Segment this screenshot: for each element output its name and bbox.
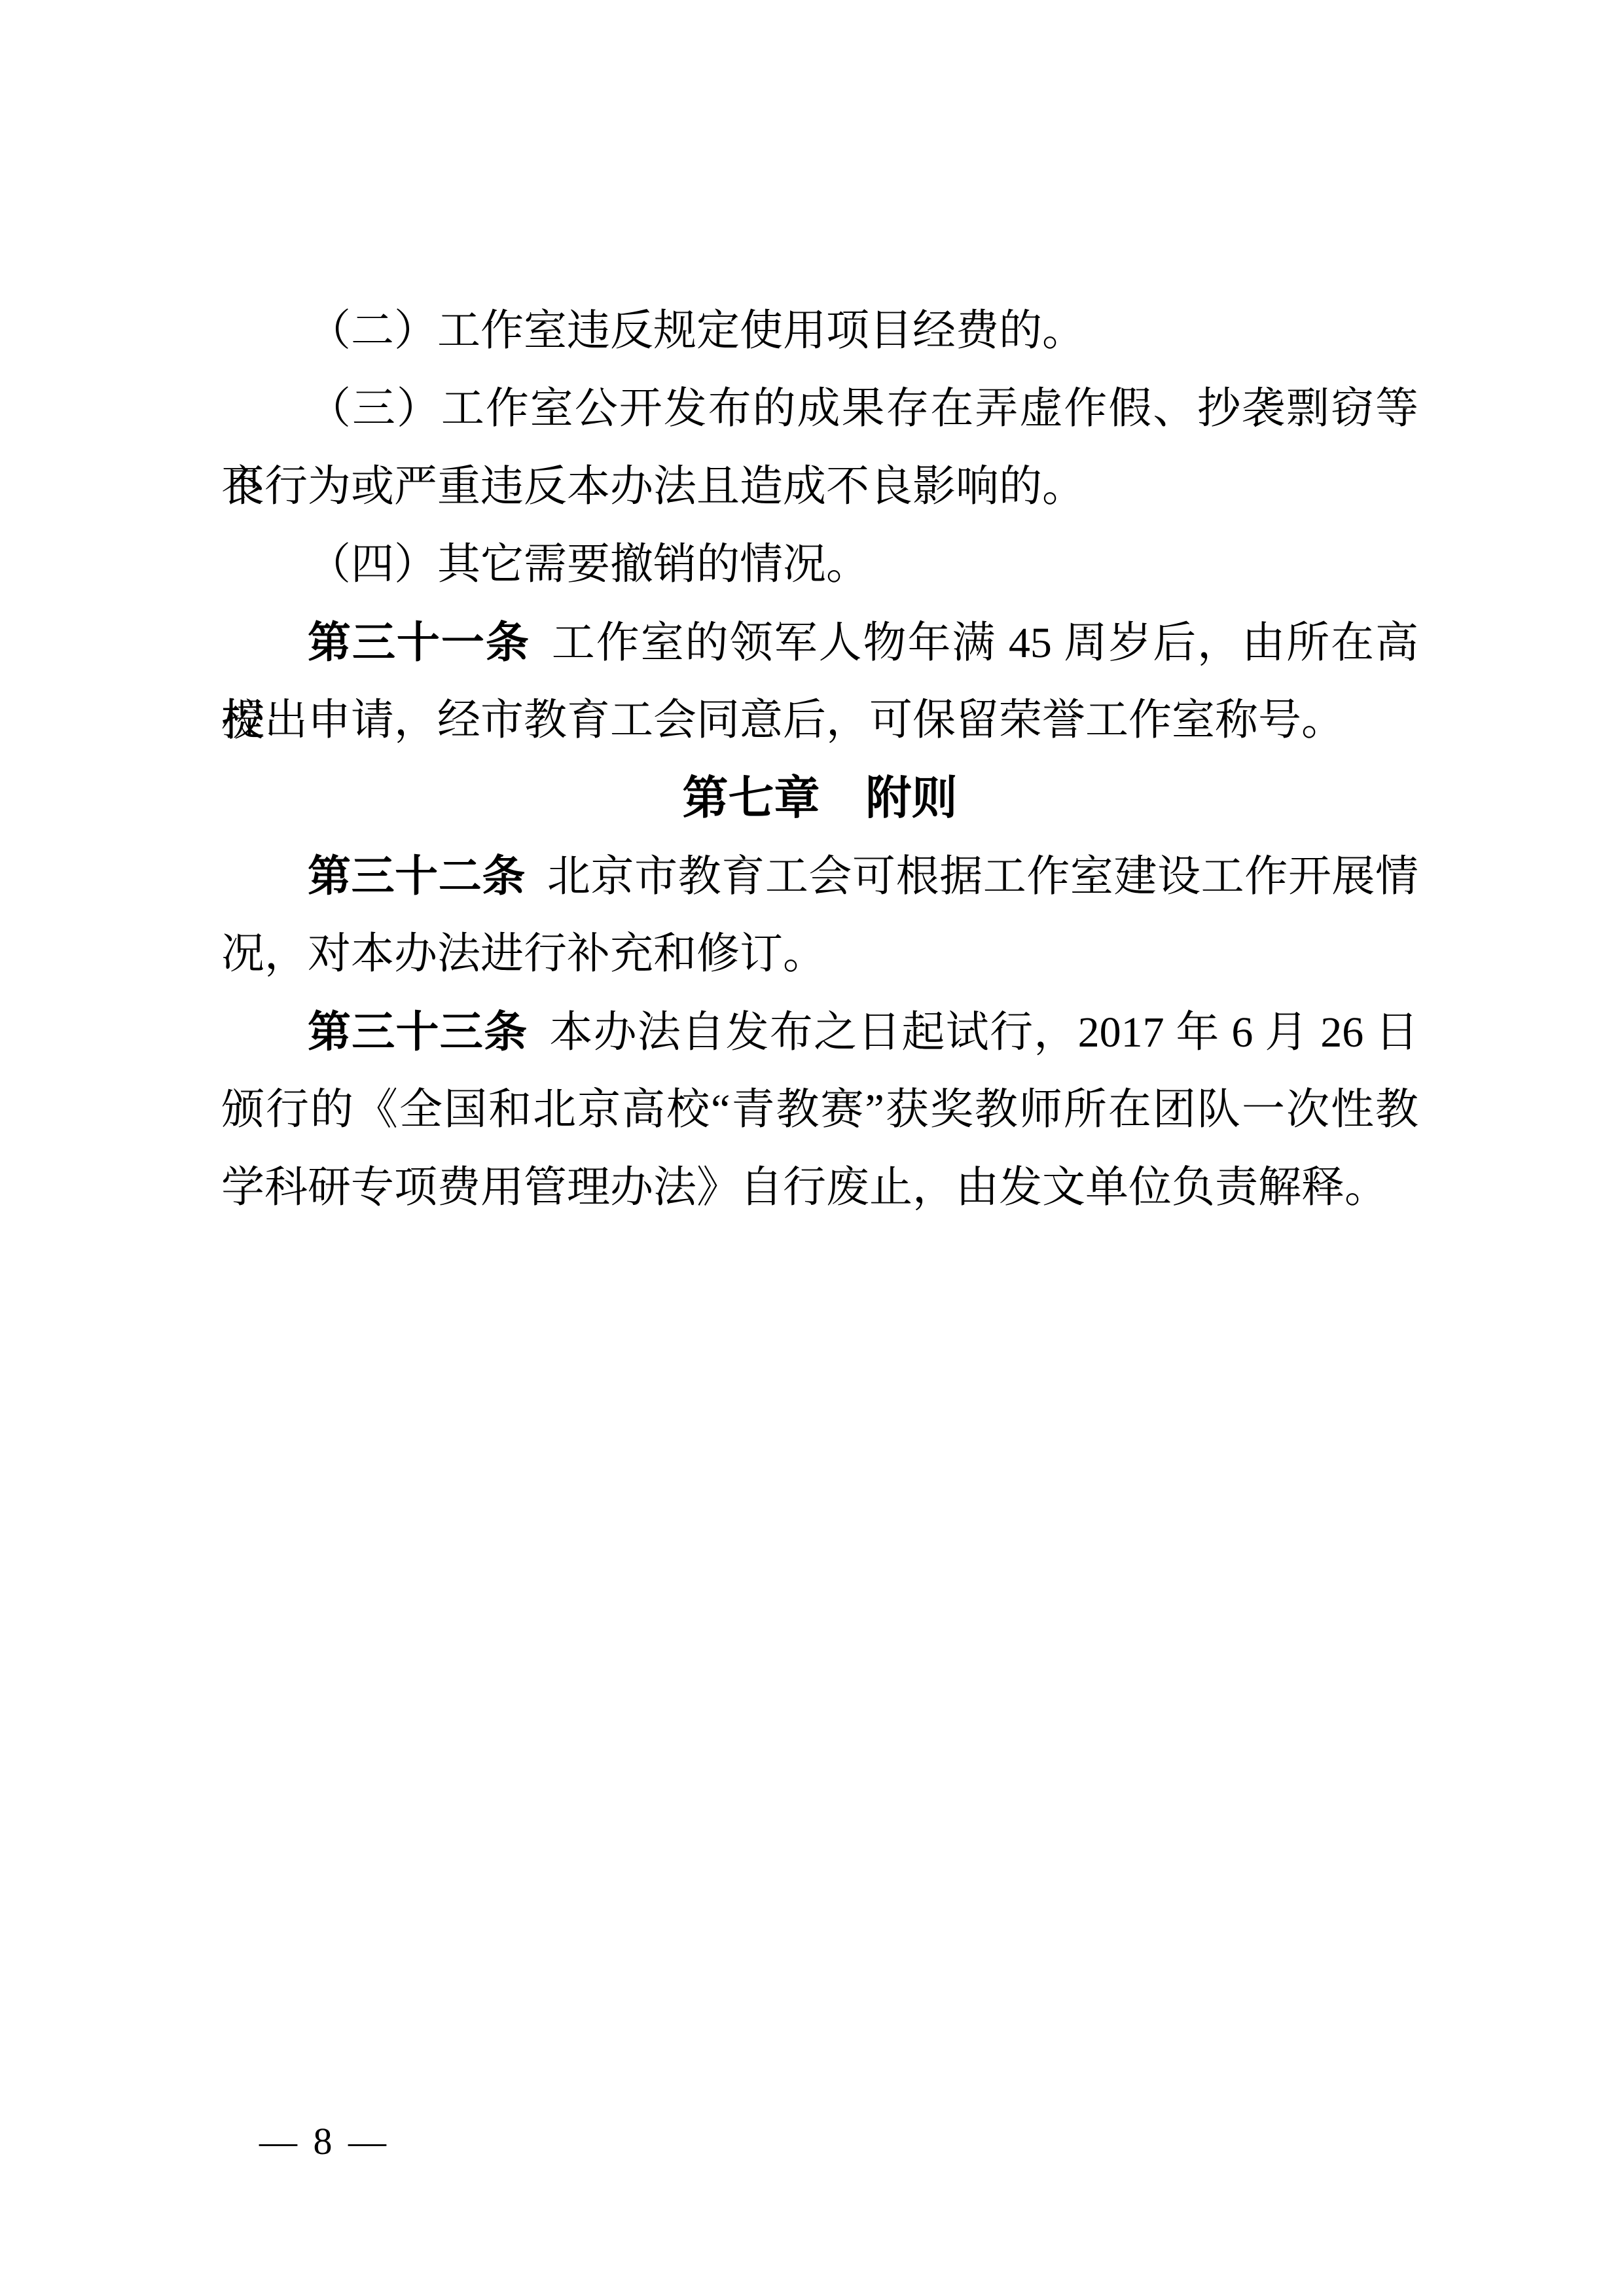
text-line-article-33-c: 学科研专项费用管理办法》自行废止，由发文单位负责解释。 (221, 1149, 1418, 1227)
text-line-item-4: （四）其它需要撤销的情况。 (221, 526, 1418, 603)
article-33-text: 本办法自发布之日起试行，2017 年 6 月 26 日 (549, 1009, 1418, 1056)
text-line-article-31-a: 第三十一条工作室的领军人物年满 45 周岁后，由所在高校 (221, 603, 1418, 681)
chapter-7-heading: 第七章 附则 (221, 759, 1418, 837)
text-line-item-2: （二）工作室违反规定使用项目经费的。 (221, 292, 1418, 370)
text-line-article-32-a: 第三十二条北京市教育工会可根据工作室建设工作开展情 (221, 837, 1418, 915)
text-line-article-32-b: 况，对本办法进行补充和修订。 (221, 915, 1418, 993)
article-32-label: 第三十二条 (308, 852, 526, 900)
document-body: （二）工作室违反规定使用项目经费的。 （三）工作室公开发布的成果存在弄虚作假、抄… (221, 292, 1418, 1227)
text-line-item-3-b: 良行为或严重违反本办法且造成不良影响的。 (221, 448, 1418, 526)
page-number: — 8 — (259, 2119, 386, 2163)
text-line-article-33-a: 第三十三条本办法自发布之日起试行，2017 年 6 月 26 日 (221, 993, 1418, 1071)
article-33-label: 第三十三条 (308, 1007, 528, 1056)
text-line-item-3-a: （三）工作室公开发布的成果存在弄虚作假、抄袭剽窃等不 (221, 370, 1418, 448)
text-line-article-33-b: 颁行的《全国和北京高校“青教赛”获奖教师所在团队一次性教 (221, 1071, 1418, 1149)
article-32-text: 北京市教育工会可根据工作室建设工作开展情 (547, 853, 1418, 901)
article-31-label: 第三十一条 (308, 618, 530, 666)
text-line-article-31-b: 提出申请，经市教育工会同意后，可保留荣誉工作室称号。 (221, 681, 1418, 759)
document-page: （二）工作室违反规定使用项目经费的。 （三）工作室公开发布的成果存在弄虚作假、抄… (0, 0, 1624, 2296)
